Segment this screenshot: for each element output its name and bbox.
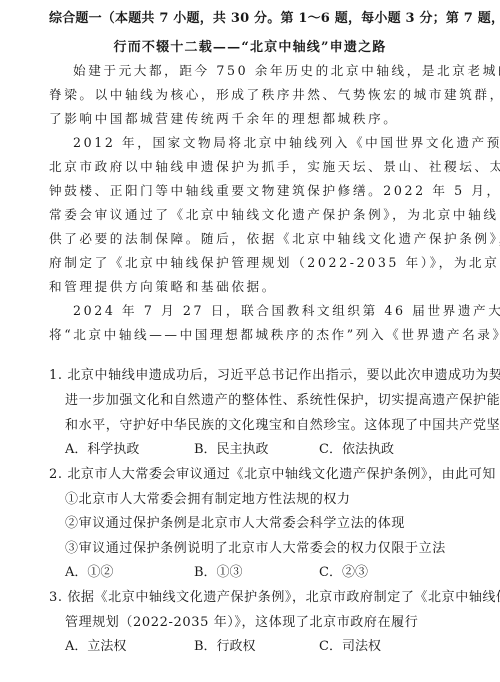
option-a[interactable]: A．①② [65, 564, 113, 582]
passage-line: 将“北京中轴线——中国理想都城秩序的杰作”列入《世界遗产名录》。 [49, 326, 500, 344]
passage-line: 供了必要的法制保障。随后，依据《北京中轴线文化遗产保护条例》，北京市政 [49, 230, 500, 248]
passage-line: 和管理提供方向策略和基础依据。 [49, 278, 277, 296]
option-b[interactable]: B．①③ [194, 564, 243, 582]
section-header: 综合题一（本题共 7 小题，共 30 分。第 1～6 题，每小题 3 分；第 7… [49, 10, 500, 28]
passage-line: 脊梁。以中轴线为核心，形成了秩序井然、气势恢宏的城市建筑群，见证 [49, 86, 500, 104]
question-text: 进一步加强文化和自然遗产的整体性、系统性保护，切实提高遗产保护能力 [65, 392, 500, 410]
passage-line: 府制定了《北京中轴线保护管理规划（2022-2035 年）》，为北京中轴线的保护 [49, 254, 500, 272]
question-text: 3. 依据《北京中轴线文化遗产保护条例》，北京市政府制定了《北京中轴线保护 [49, 589, 500, 607]
statement-2: ②审议通过保护条例是北京市人大常委会科学立法的体现 [65, 515, 405, 533]
option-c[interactable]: C．依法执政 [319, 441, 394, 459]
question-text: 2. 北京市人大常委会审议通过《北京中轴线文化遗产保护条例》，由此可知 [49, 466, 496, 484]
option-c[interactable]: C．②③ [319, 564, 368, 582]
option-a[interactable]: A．科学执政 [65, 441, 139, 459]
option-a[interactable]: A．立法权 [65, 638, 126, 656]
passage-line: 了影响中国都城营建传统两千余年的理想都城秩序。 [49, 110, 398, 128]
passage-line: 常委会审议通过了《北京中轴线文化遗产保护条例》，为北京中轴线申遗保护提 [49, 206, 500, 224]
question-text: 管理规划（2022-2035 年）》，这体现了北京市政府在履行 [65, 614, 418, 632]
passage-line: 2024 年 7 月 27 日，联合国教科文组织第 46 届世界遗产大会通过决议… [73, 302, 500, 320]
statement-1: ①北京市人大常委会拥有制定地方性法规的权力 [65, 491, 351, 509]
passage-line: 北京市政府以中轴线申遗保护为抓手，实施天坛、景山、社稷坛、太庙、 [49, 158, 500, 176]
passage-line: 2012 年，国家文物局将北京中轴线列入《中国世界文化遗产预备名单》。 [73, 134, 500, 152]
option-c[interactable]: C．司法权 [319, 638, 381, 656]
option-b[interactable]: B．行政权 [194, 638, 256, 656]
statement-3: ③审议通过保护条例说明了北京市人大常委会的权力仅限于立法 [65, 540, 446, 558]
passage-title: 行而不辍十二载——“北京中轴线”申遗之路 [0, 39, 500, 57]
passage-line: 始建于元大都，距今 750 余年历史的北京中轴线，是北京老城的灵魂和 [73, 62, 500, 80]
question-text: 和水平，守护好中华民族的文化瑰宝和自然珍宝。这体现了中国共产党坚持 [65, 417, 500, 435]
passage-line: 钟鼓楼、正阳门等中轴线重要文物建筑保护修缮。2022 年 5 月，北京市人大 [49, 182, 500, 200]
option-b[interactable]: B．民主执政 [194, 441, 269, 459]
question-text: 1. 北京中轴线申遗成功后，习近平总书记作出指示，要以此次申遗成功为契机， [49, 367, 500, 385]
